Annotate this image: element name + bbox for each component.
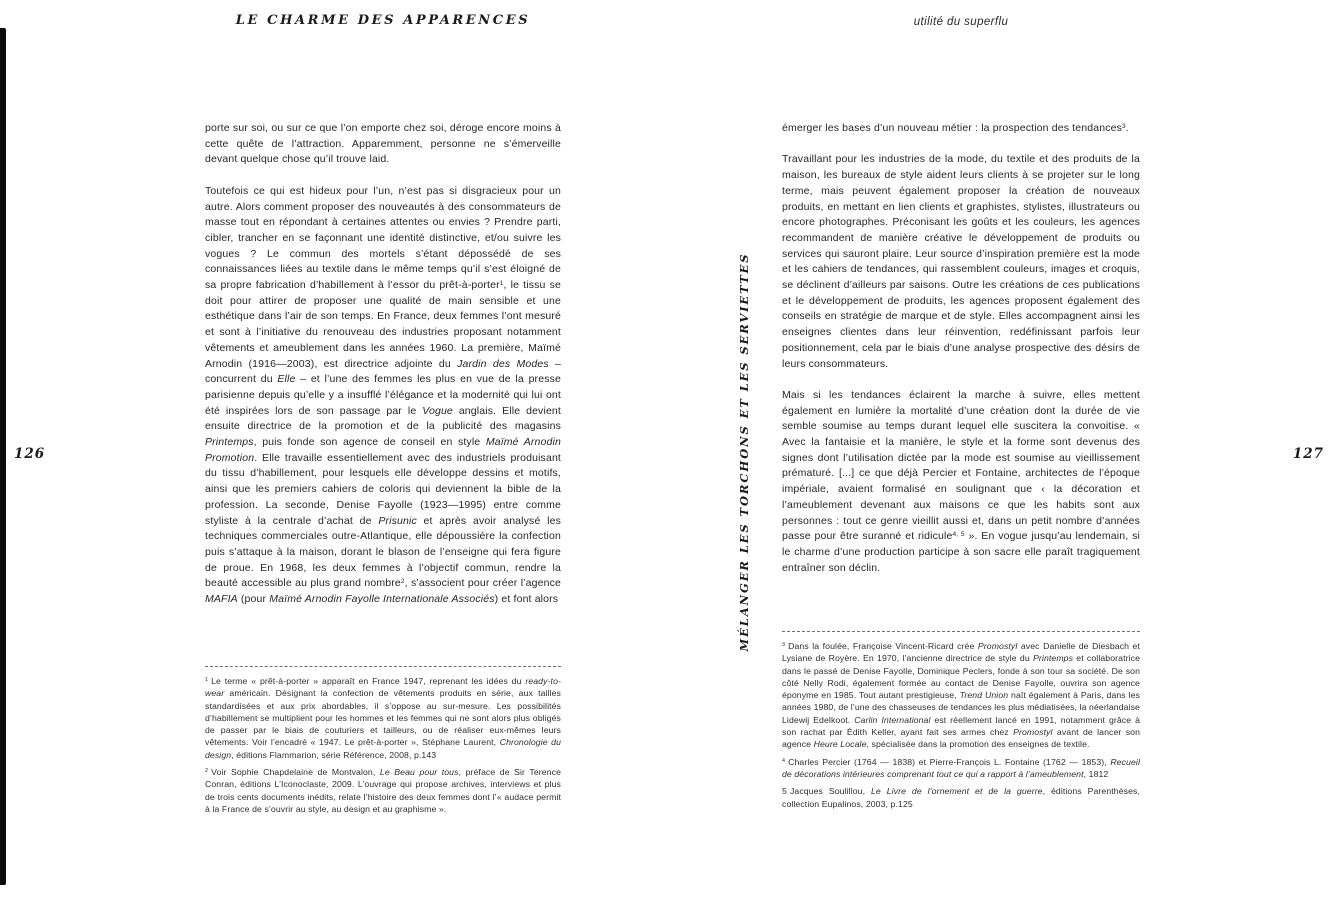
chapter-vertical-title: MÉLANGER LES TORCHONS ET LES SERVIETTES [737, 253, 751, 652]
footnote-marker: 3 [782, 642, 785, 648]
footnote-text: Le terme « prêt-à-porter » apparaît en F… [205, 676, 561, 760]
footnote-text: Jacques Soulillou, Le Livre de l’ornemen… [782, 786, 1140, 808]
footnote-text: Dans la foulée, Françoise Vincent-Ricard… [782, 641, 1140, 749]
scan-edge-strip [0, 28, 6, 885]
footnote-text: Voir Sophie Chapdelaine de Montvalon, Le… [205, 767, 561, 814]
footnote-marker: 1 [205, 677, 208, 683]
paragraph: porte sur soi, ou sur ce que l’on emport… [205, 121, 561, 168]
page-number-left: 126 [14, 446, 45, 462]
paragraph: Toutefois ce qui est hideux pour l’un, n… [205, 184, 561, 608]
running-head-right: utilité du superflu [782, 16, 1140, 28]
left-page-text-column: porte sur soi, ou sur ce que l’on emport… [205, 121, 561, 666]
footnote: 2Voir Sophie Chapdelaine de Montvalon, L… [205, 766, 561, 815]
right-page-text-column: émerger les bases d’un nouveau métier : … [782, 121, 1140, 632]
footnote-rule-right [782, 631, 1140, 632]
footnote-rule-left [205, 666, 561, 667]
page-number-right: 127 [1293, 446, 1324, 462]
footnote: 3Dans la foulée, Françoise Vincent-Ricar… [782, 640, 1140, 751]
footnote: 1Le terme « prêt-à-porter » apparaît en … [205, 675, 561, 761]
footnote: 4Charles Percier (1764 — 1838) et Pierre… [782, 756, 1140, 781]
footnote-marker: 5 [782, 786, 787, 796]
footnotes-right: 3Dans la foulée, Françoise Vincent-Ricar… [782, 640, 1140, 815]
running-head-left: LE CHARME DES APPARENCES [205, 13, 561, 28]
paragraph: Travaillant pour les industries de la mo… [782, 152, 1140, 372]
footnote-marker: 4 [782, 758, 785, 764]
footnote-text: Charles Percier (1764 — 1838) et Pierre-… [782, 757, 1140, 779]
footnote: 5Jacques Soulillou, Le Livre de l’orneme… [782, 785, 1140, 810]
paragraph: émerger les bases d’un nouveau métier : … [782, 121, 1140, 137]
footnotes-left: 1Le terme « prêt-à-porter » apparaît en … [205, 675, 561, 820]
paragraph: Mais si les tendances éclairent la march… [782, 388, 1140, 576]
footnote-marker: 2 [205, 768, 208, 774]
